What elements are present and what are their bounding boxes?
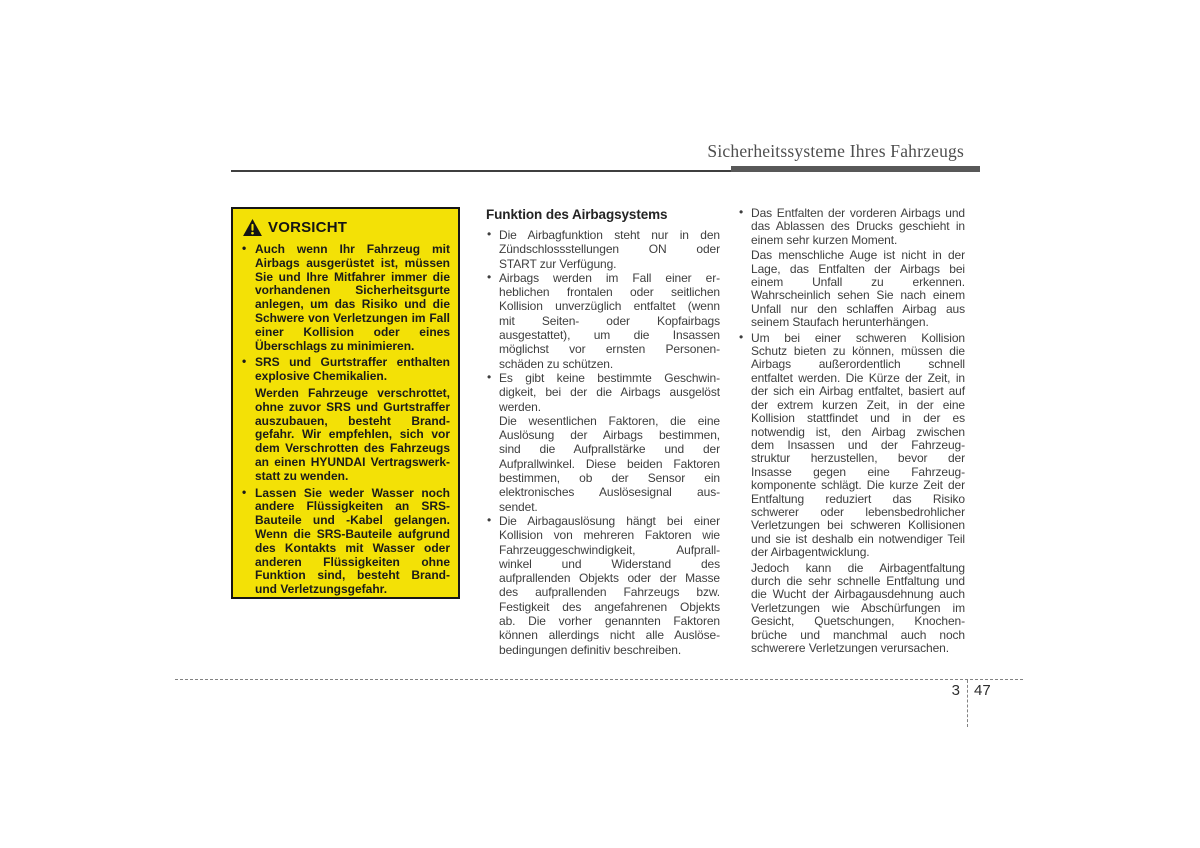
column-airbag-function: Funktion des Airbagsystems • Die Airbagf…: [486, 207, 720, 657]
paragraph-lines: Die Airbagfunktion steht nur in denZünds…: [499, 228, 720, 271]
warning-title: VORSICHT: [268, 219, 347, 236]
bullet-marker: •: [242, 355, 246, 369]
bullet-marker: •: [242, 486, 246, 500]
chapter-title: Sicherheitssysteme Ihres Fahrzeugs: [707, 141, 964, 162]
header-accent-bar: [731, 166, 980, 172]
paragraph-lines: Das menschliche Auge ist nicht in derLag…: [751, 249, 965, 329]
footer-divider: [175, 679, 1023, 680]
continuation-paragraph: Jedoch kann die Airbagentfaltungdurch di…: [738, 562, 965, 656]
continuation-paragraph: Die wesentlichen Faktoren, die eineAuslö…: [486, 414, 720, 514]
page-number-chapter: 3: [926, 682, 960, 699]
warning-list-item: • Lassen Sie weder Wasser nochandere Flü…: [242, 487, 450, 597]
list-item: • Die Airbagfunktion steht nur in denZün…: [486, 228, 720, 271]
manual-page: Sicherheitssysteme Ihres Fahrzeugs VORSI…: [0, 0, 1200, 848]
paragraph-lines: SRS und Gurtstraffer enthaltenexplosive …: [255, 356, 450, 384]
bullet-marker: •: [242, 242, 246, 256]
bullet-marker: •: [739, 206, 743, 219]
list-item: • Airbags werden im Fall einer er-heblic…: [486, 271, 720, 371]
continuation-paragraph: Das menschliche Auge ist nicht in derLag…: [738, 249, 965, 329]
list-item: • Das Entfalten der vorderen Airbags und…: [738, 207, 965, 247]
paragraph-lines: Lassen Sie weder Wasser nochandere Flüss…: [255, 487, 450, 597]
page-number-separator: [967, 680, 968, 727]
paragraph-lines: Um bei einer schweren KollisionSchutz bi…: [751, 332, 965, 560]
bullet-marker: •: [487, 513, 491, 527]
paragraph-lines: Werden Fahrzeuge verschrottet,ohne zuvor…: [255, 387, 450, 484]
paragraph-lines: Jedoch kann die Airbagentfaltungdurch di…: [751, 562, 965, 656]
paragraph-lines: Airbags werden im Fall einer er-hebliche…: [499, 271, 720, 371]
section-heading: Funktion des Airbagsystems: [486, 207, 720, 222]
paragraph-lines: Die Airbagauslösung hängt bei einerKolli…: [499, 514, 720, 657]
warning-list-item: • SRS und Gurtstraffer enthaltenexplosiv…: [242, 356, 450, 384]
paragraph-lines: Das Entfalten der vorderen Airbags undda…: [751, 207, 965, 247]
bullet-marker: •: [739, 331, 743, 344]
paragraph-lines: Es gibt keine bestimmte Geschwin-digkeit…: [499, 371, 720, 414]
list-item: • Die Airbagauslösung hängt bei einerKol…: [486, 514, 720, 657]
warning-header: VORSICHT: [243, 219, 450, 236]
warning-list-item: • Auch wenn Ihr Fahrzeug mitAirbags ausg…: [242, 243, 450, 353]
bullet-marker: •: [487, 370, 491, 384]
warning-continuation-paragraph: Werden Fahrzeuge verschrottet,ohne zuvor…: [242, 387, 450, 484]
paragraph-lines: Die wesentlichen Faktoren, die eineAuslö…: [499, 414, 720, 514]
warning-triangle-icon: [243, 219, 262, 236]
paragraph-lines: Auch wenn Ihr Fahrzeug mitAirbags ausger…: [255, 243, 450, 353]
column-right: • Das Entfalten der vorderen Airbags und…: [738, 207, 965, 655]
warning-box: VORSICHT • Auch wenn Ihr Fahrzeug mitAir…: [231, 207, 460, 599]
bullet-marker: •: [487, 227, 491, 241]
bullet-marker: •: [487, 270, 491, 284]
list-item: • Um bei einer schweren KollisionSchutz …: [738, 332, 965, 560]
list-item: • Es gibt keine bestimmte Geschwin-digke…: [486, 371, 720, 414]
page-number: 47: [974, 682, 991, 699]
